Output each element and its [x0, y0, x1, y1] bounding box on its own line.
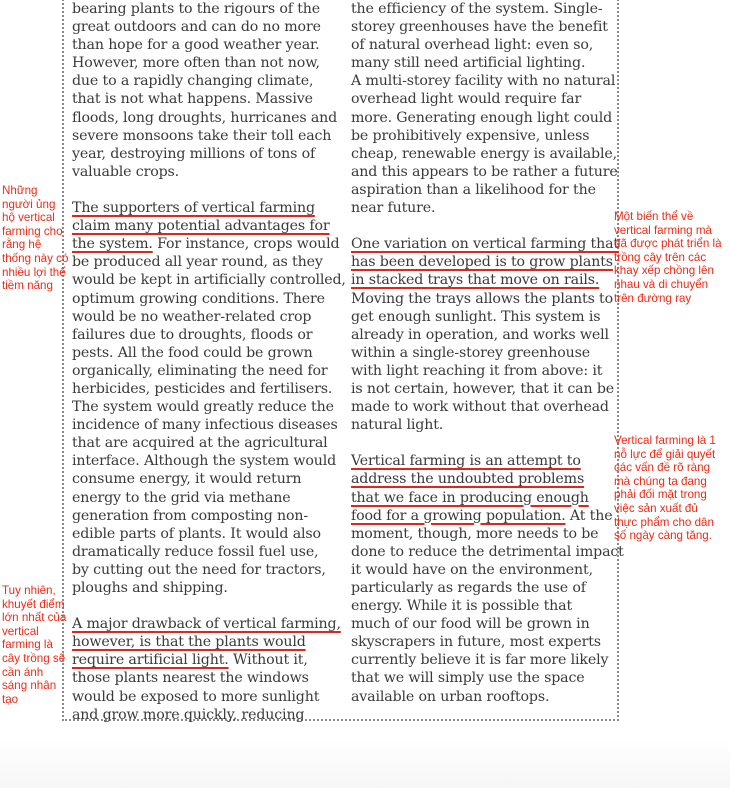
- annotation-line: việc sản xuất đủ: [614, 502, 716, 516]
- left-column: bearing plants to the rigours of thegrea…: [72, 0, 334, 724]
- annotation-line: vertical farming mà: [614, 224, 722, 238]
- annotation-line: farming cho: [2, 225, 68, 239]
- annotation-line: lớn nhất của: [2, 611, 66, 625]
- highlighted-sentence: The supporters of vertical farming: [72, 200, 315, 216]
- text-line: A multi-storey facility with no natural: [351, 72, 613, 90]
- annotation-line: trên đường ray: [614, 292, 722, 306]
- text-line: much of our food will be grown in: [351, 615, 613, 633]
- annotation-line: farming là: [2, 638, 66, 652]
- text-line: within a single-storey greenhouse: [351, 344, 613, 362]
- text-line: edible parts of plants. It would also: [72, 525, 334, 543]
- annotation-line: hộ vertical: [2, 211, 68, 225]
- text-line: than hope for a good weather year.: [72, 36, 334, 54]
- highlighted-sentence: in stacked trays that move on rails.: [351, 272, 599, 288]
- annotation-drawback: Tuy nhiên,khuyết điểmlớn nhất củavertica…: [2, 584, 66, 706]
- right-column: the efficiency of the system. Single-sto…: [351, 0, 613, 706]
- text-line: At the: [566, 508, 613, 524]
- text-line: valuable crops.: [72, 163, 334, 181]
- text-line: would be no weather-related crop: [72, 308, 334, 326]
- highlighted-sentence: that we face in producing enough: [351, 490, 589, 506]
- bottom-background: [0, 740, 730, 788]
- text-line: severe monsoons take their toll each: [72, 127, 334, 145]
- text-line: optimum growing conditions. There: [72, 290, 334, 308]
- text-line: near future.: [351, 199, 613, 217]
- text-line: ploughs and shipping.: [72, 579, 334, 597]
- text-line: bearing plants to the rigours of the: [72, 0, 334, 18]
- annotation-line: tiềm năng: [2, 279, 68, 293]
- text-line: would be exposed to more sunlight: [72, 688, 334, 706]
- text-line: skyscrapers in future, most experts: [351, 633, 613, 651]
- text-line: storey greenhouses have the benefit: [351, 18, 613, 36]
- highlighted-sentence: food for a growing population.: [351, 508, 566, 524]
- annotation-line: số ngày càng tăng.: [614, 529, 716, 543]
- annotation-line: thực phẩm cho dân: [614, 516, 716, 530]
- text-line: is not certain, however, that it can be: [351, 380, 613, 398]
- text-line: would be kept in artificially controlled…: [72, 271, 334, 289]
- annotation-line: cây trồng sẽ: [2, 652, 66, 666]
- text-line: and this appears to be rather a future: [351, 163, 613, 181]
- text-line: more. Generating enough light could: [351, 109, 613, 127]
- text-line: of natural overhead light: even so,: [351, 36, 613, 54]
- text-line: cheap, renewable energy is available,: [351, 145, 613, 163]
- highlighted-sentence: however, is that the plants would: [72, 634, 306, 650]
- annotation-line: khay xếp chồng lên: [614, 264, 722, 278]
- annotation-line: sáng nhân: [2, 679, 66, 693]
- text-line: due to a rapidly changing climate,: [72, 72, 334, 90]
- highlighted-sentence: address the undoubted problems: [351, 471, 584, 487]
- text-line: consume energy, it would return: [72, 470, 334, 488]
- text-line: dramatically reduce fossil fuel use,: [72, 543, 334, 561]
- annotation-line: thống này có: [2, 252, 68, 266]
- annotation-attempt: Vertical farming là 1nỗ lực để giải quyế…: [614, 434, 716, 543]
- text-line: many still need artificial lighting.: [351, 54, 613, 72]
- text-line: that are acquired at the agricultural: [72, 434, 334, 452]
- right-paragraph-1: the efficiency of the system. Single-sto…: [351, 0, 613, 217]
- annotation-line: nỗ lực để giải quyết: [614, 448, 716, 462]
- text-line: that we will simply use the space: [351, 669, 613, 687]
- annotation-line: khuyết điểm: [2, 598, 66, 612]
- annotation-supporters: Nhữngngười ủnghộ verticalfarming chorằng…: [2, 184, 68, 293]
- annotation-line: Một biến thể về: [614, 210, 722, 224]
- annotation-line: rằng hệ: [2, 238, 68, 252]
- text-line: energy. While it is possible that: [351, 597, 613, 615]
- annotation-line: Những: [2, 184, 68, 198]
- text-line: year, destroying millions of tons of: [72, 145, 334, 163]
- text-line: available on urban rooftops.: [351, 688, 613, 706]
- annotation-line: tạo: [2, 693, 66, 707]
- text-line: Without it,: [229, 652, 308, 668]
- text-line: with light reaching it from above: it: [351, 362, 613, 380]
- highlighted-sentence: A major drawback of vertical farming,: [72, 616, 341, 632]
- text-line: overhead light would require far: [351, 90, 613, 108]
- text-line: generation from composting non-: [72, 507, 334, 525]
- annotation-line: nhiều lợi thế: [2, 266, 68, 280]
- text-line: the efficiency of the system. Single-: [351, 0, 613, 18]
- text-line: currently believe it is far more likely: [351, 651, 613, 669]
- text-line: made to work without that overhead: [351, 398, 613, 416]
- annotation-line: các vấn đề rõ ràng: [614, 461, 716, 475]
- text-line: and grow more quickly, reducing: [72, 706, 334, 724]
- text-line: failures due to droughts, floods or: [72, 326, 334, 344]
- text-line: moment, though, more needs to be: [351, 525, 613, 543]
- text-line: energy to the grid via methane: [72, 489, 334, 507]
- text-line: be prohibitively expensive, unless: [351, 127, 613, 145]
- right-paragraph-3: Vertical farming is an attempt to addres…: [351, 452, 613, 705]
- highlighted-sentence: One variation on vertical farming that: [351, 236, 619, 252]
- text-line: those plants nearest the windows: [72, 669, 334, 687]
- annotation-variation: Một biến thể vềvertical farming màđã đượ…: [614, 210, 722, 305]
- text-line: The system would greatly reduce the: [72, 398, 334, 416]
- text-line: organically, eliminating the need for: [72, 362, 334, 380]
- text-line: herbicides, pesticides and fertilisers.: [72, 380, 334, 398]
- text-line: it would have on the environment,: [351, 561, 613, 579]
- text-line: However, more often than not now,: [72, 54, 334, 72]
- text-line: that is not what happens. Massive: [72, 90, 334, 108]
- text-line: Moving the trays allows the plants to: [351, 290, 613, 308]
- right-paragraph-2: One variation on vertical farming that h…: [351, 235, 613, 434]
- text-line: For instance, crops would: [153, 236, 340, 252]
- text-line: done to reduce the detrimental impact: [351, 543, 613, 561]
- text-line: pests. All the food could be grown: [72, 344, 334, 362]
- text-line: be produced all year round, as they: [72, 253, 334, 271]
- annotation-line: đã được phát triển là: [614, 237, 722, 251]
- text-line: floods, long droughts, hurricanes and: [72, 109, 334, 127]
- text-line: great outdoors and can do no more: [72, 18, 334, 36]
- text-line: particularly as regards the use of: [351, 579, 613, 597]
- text-line: aspiration than a likelihood for the: [351, 181, 613, 199]
- annotation-line: người ủng: [2, 198, 68, 212]
- text-line: already in operation, and works well: [351, 326, 613, 344]
- text-line: incidence of many infectious diseases: [72, 416, 334, 434]
- text-line: interface. Although the system would: [72, 452, 334, 470]
- text-line: by cutting out the need for tractors,: [72, 561, 334, 579]
- highlighted-sentence: the system.: [72, 236, 153, 252]
- left-paragraph-3: A major drawback of vertical farming, ho…: [72, 615, 334, 724]
- text-line: get enough sunlight. This system is: [351, 308, 613, 326]
- annotation-line: mà chúng ta đang: [614, 475, 716, 489]
- highlighted-sentence: require artificial light.: [72, 652, 229, 668]
- highlighted-sentence: has been developed is to grow plants: [351, 254, 613, 270]
- annotation-line: trồng cây trên các: [614, 251, 722, 265]
- left-paragraph-1: bearing plants to the rigours of thegrea…: [72, 0, 334, 181]
- annotation-line: phải đối mặt trong: [614, 488, 716, 502]
- annotation-line: nhau và di chuyển: [614, 278, 722, 292]
- annotation-line: Tuy nhiên,: [2, 584, 66, 598]
- annotation-line: vertical: [2, 625, 66, 639]
- highlighted-sentence: claim many potential advantages for: [72, 218, 330, 234]
- annotation-line: Vertical farming là 1: [614, 434, 716, 448]
- left-paragraph-2: The supporters of vertical farming claim…: [72, 199, 334, 597]
- annotation-line: cần ánh: [2, 666, 66, 680]
- highlighted-sentence: Vertical farming is an attempt to: [351, 453, 581, 469]
- text-line: natural light.: [351, 416, 613, 434]
